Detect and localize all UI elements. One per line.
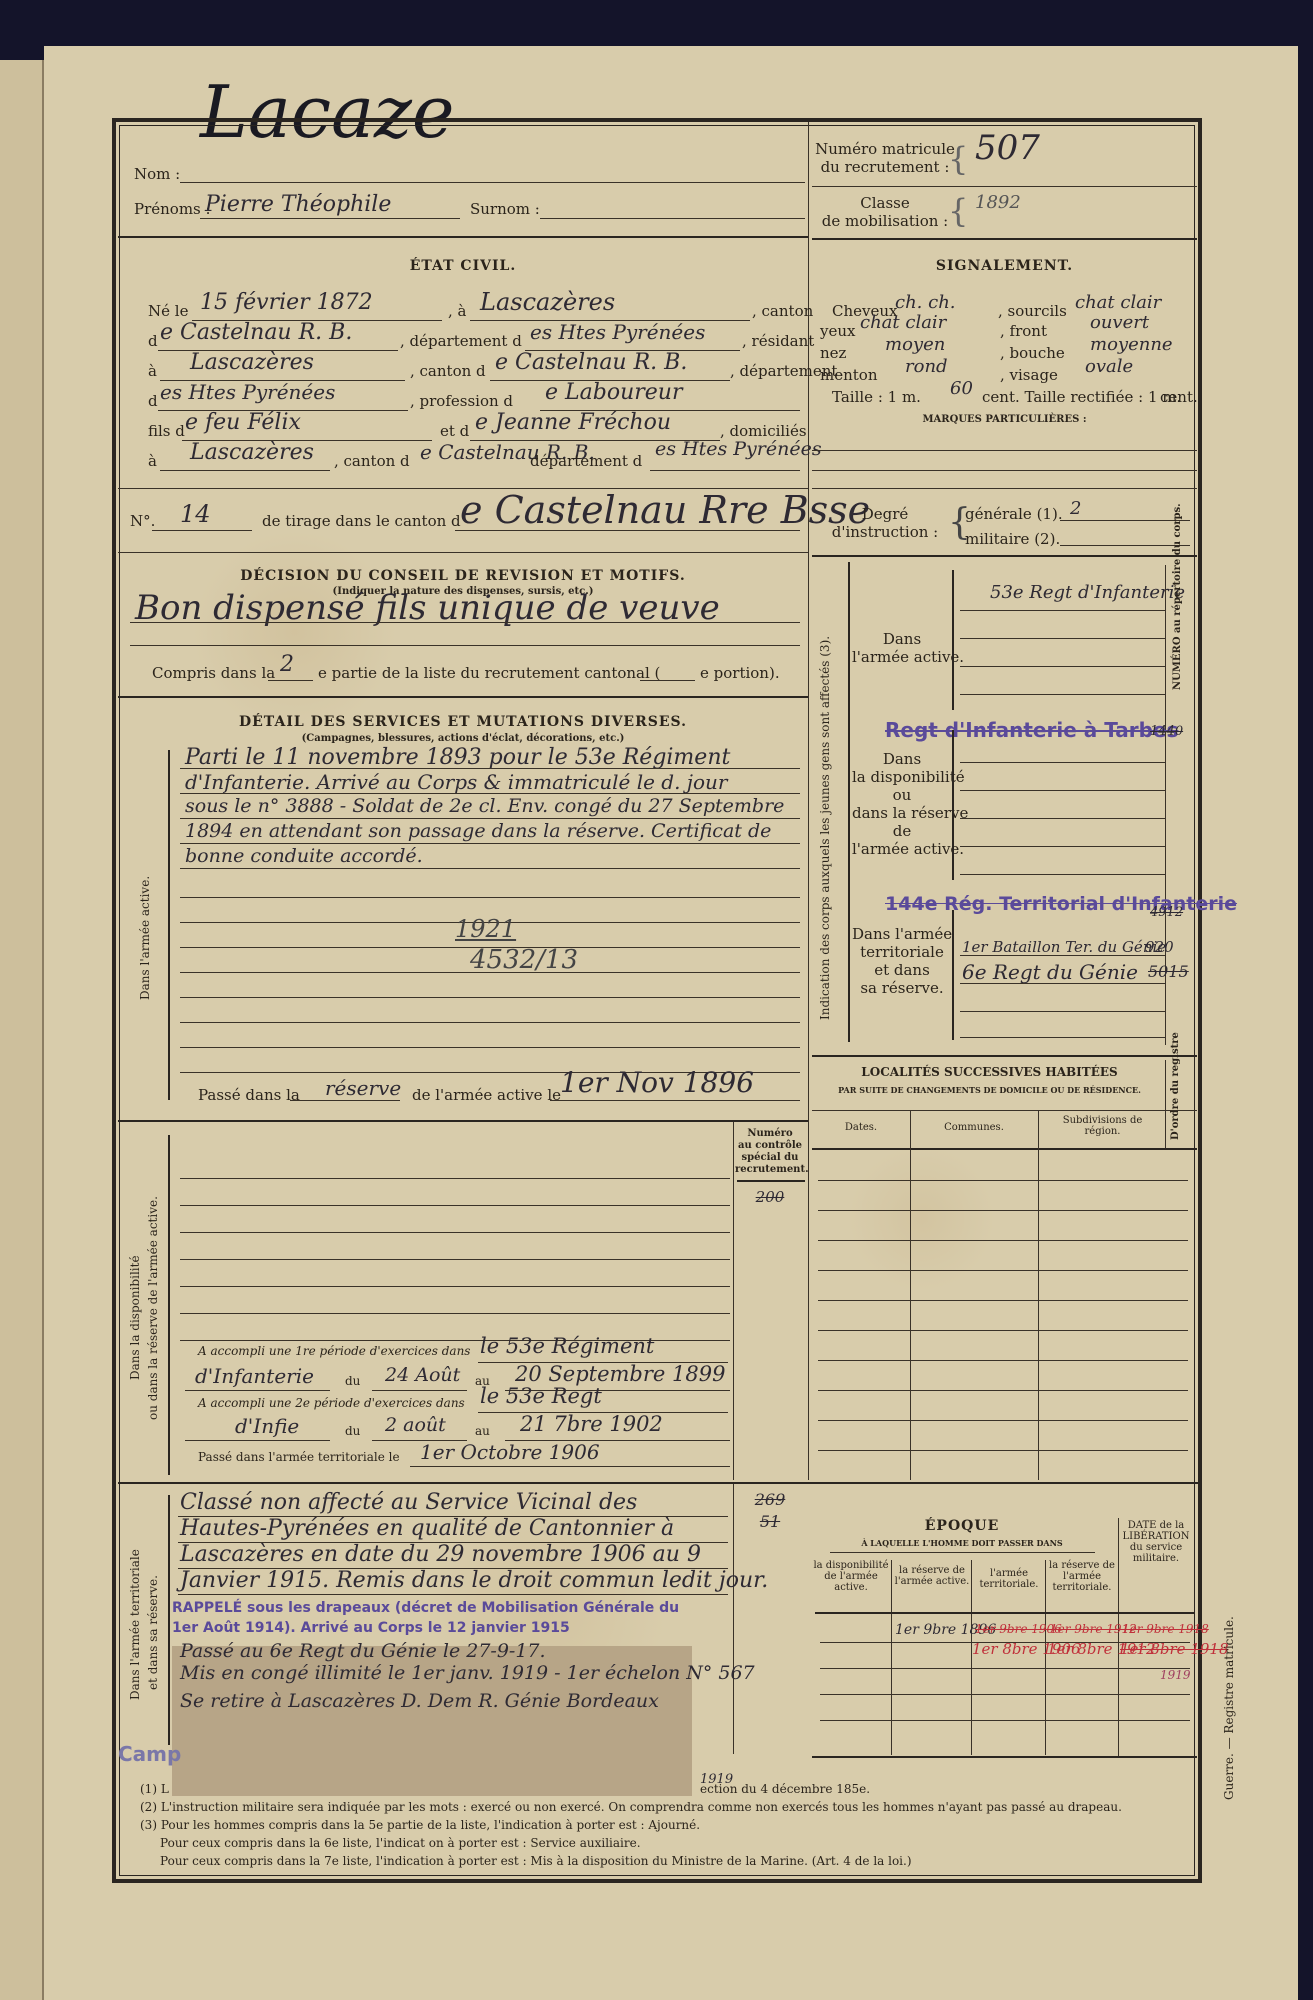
active-label-0: Dans [852,630,952,648]
epoque-col-2: l'armée territoriale. [973,1568,1045,1590]
disp-label-3: dans la réserve [852,804,952,822]
active-label-1: l'armée active. [852,648,952,666]
departement-value: es Htes Pyrénées [530,320,705,344]
mere-value: e Jeanne Fréchou [475,410,671,435]
disp-label-0: Dans [852,750,952,768]
periode2-du: 2 août [385,1414,446,1436]
territoriale-label: Passé dans l'armée territoriale le [198,1450,400,1464]
prenoms-label: Prénoms : [134,200,211,218]
prenoms-value: Pierre Théophile [205,192,391,217]
a-label: , à [448,302,466,320]
canton3-label: , canton d [334,452,410,470]
a-value: Lascazères [480,288,615,316]
classe-label-2: de mobilisation : [815,212,955,230]
periode2-label: A accompli une 2e période d'exercices da… [198,1396,465,1410]
cheveux-value: ch. ch. [895,292,956,313]
right-margin-label: Guerre. — Registre matricule. [1222,1616,1236,1800]
epoque-col-1: la réserve de l'armée active. [893,1565,971,1587]
classe-value: 1892 [975,192,1021,213]
fils-label: fils d [148,422,185,440]
taille-label: Taille : 1 m. [832,388,921,406]
services-line-3: sous le n° 3888 - Soldat de 2e cl. Env. … [185,795,784,817]
epoque-liberation-extra: 1919 [1160,1668,1191,1682]
services-line-4: 1894 en attendant son passage dans la ré… [185,820,771,842]
footnote-2: (2) L'instruction militaire sera indiqué… [140,1800,1122,1814]
generale-label: générale (1). [965,505,1063,523]
disp-label-1: la disponibilité [852,768,952,786]
localites-col-communes: Communes. [910,1122,1038,1133]
affectation-vertical-label: Indication des corps auxquels les jeunes… [818,636,832,1020]
yeux-value: chat clair [860,312,946,333]
canton-value: e Castelnau R. B. [160,320,352,345]
campagnes-stamp: Camp [118,1742,181,1766]
territoriale-value-2: 6e Regt du Génie [962,960,1138,984]
nom-label: Nom : [134,165,180,183]
surnom-label: Surnom : [470,200,540,218]
disp-label-5: l'armée active. [852,840,952,858]
annotation-bottom: 4532/13 [470,945,578,975]
periode2-value2: d'Infie [235,1414,299,1438]
terr-label-2: et dans [852,961,952,979]
tirage-label: de tirage dans le canton d [262,512,461,530]
terr-line-4: Janvier 1915. Remis dans le droit commun… [180,1568,768,1593]
residant-label: , résidant [742,332,814,350]
d-label: d [148,332,158,350]
left-page-edge [0,60,44,2000]
sourcils-label: , sourcils [998,302,1067,320]
ne-le-value: 15 février 1872 [200,290,373,315]
ne-le-label: Né le [148,302,188,320]
terr-label-3: sa réserve. [852,979,952,997]
instruction-label-2: d'instruction : [815,523,955,541]
terr-line-3: Lascazères en date du 29 novembre 1906 a… [180,1542,701,1567]
periode2-du-label: du [345,1424,360,1438]
footnote-3: (3) Pour les hommes compris dans la 5e p… [140,1818,700,1832]
visage-value: ovale [1085,356,1133,377]
canton2-value: e Castelnau R. B. [495,350,687,375]
periode1-du: 24 Août [385,1364,460,1386]
menton-value: rond [905,356,948,377]
periode1-au: 20 Septembre 1899 [515,1362,725,1386]
matricule-label-1: Numéro matricule [815,140,955,158]
passe-date: 1er Nov 1896 [560,1066,754,1099]
services-title: DÉTAIL DES SERVICES ET MUTATIONS DIVERSE… [118,714,808,730]
active-value: 53e Regt d'Infanterie [990,582,1185,603]
visage-label: , visage [1000,366,1058,384]
terr-side-label-1: Dans l'armée territoriale [128,1549,142,1700]
departement3-value: es Htes Pyrénées [655,438,822,460]
a2-label: à [148,362,157,380]
territoriale-value-2-number: 5015 [1148,962,1189,981]
services-line-2: d'Infanterie. Arrivé au Corps & immatric… [185,770,727,794]
disp-label-4: de [852,822,952,840]
reserve-side-label-2: ou dans la réserve de l'armée active. [146,1196,160,1420]
localites-col-dates: Dates. [812,1122,910,1133]
yeux-label: yeux [820,322,855,340]
localites-side-label: D'ordre du registre [1170,1032,1181,1140]
canton2-label: , canton d [410,362,486,380]
matricule-label-2: du recrutement : [815,158,955,176]
periode1-value2: d'Infanterie [195,1364,314,1388]
localites-title: LOCALITÉS SUCCESSIVES HABITÉES [812,1065,1167,1079]
departement2-value: es Htes Pyrénées [160,380,335,404]
reserve-side-label-1: Dans la disponibilité [128,1255,142,1380]
territoriale-number: 4912 [1150,905,1183,920]
localites-col-subdivisions: Subdivisions de région. [1045,1115,1160,1137]
liberation-header: DATE de la LIBÉRATION du service militai… [1120,1520,1192,1564]
generale-value: 2 [1070,498,1081,519]
nez-value: moyen [885,334,945,355]
epoque-title: ÉPOQUE [812,1518,1112,1534]
matricule-value: 507 [975,128,1040,168]
periode1-value: le 53e Régiment [480,1334,654,1358]
bouche-value: moyenne [1090,334,1173,355]
terr-line-1: Classé non affecté au Service Vicinal de… [180,1490,637,1515]
disponibilite-number: 1440 [1150,724,1183,739]
terr-side-label-2: et dans sa réserve. [146,1575,160,1690]
departement-label: , département d [400,332,522,350]
domicile-value: Lascazères [190,440,314,465]
services-side-label: Dans l'armée active. [138,876,152,1000]
numero-header-1: au contrôle [735,1140,805,1151]
stamp-line-1: RAPPELÉ sous les drapeaux (décret de Mob… [172,1600,679,1616]
menton-label: menton [820,366,877,384]
numero-header-2: spécial du [735,1152,805,1163]
periode2-au: 21 7bre 1902 [520,1412,663,1436]
compris-label: Compris dans la [152,664,275,682]
marques-label: MARQUES PARTICULIÈRES : [812,414,1197,425]
services-line-1: Parti le 11 novembre 1893 pour le 53e Ré… [185,745,730,770]
terr-line-2: Hautes-Pyrénées en qualité de Cantonnier… [180,1516,674,1541]
footnote-4: Pour ceux compris dans la 6e liste, l'in… [160,1836,641,1850]
services-subtitle: (Campagnes, blessures, actions d'éclat, … [118,733,808,744]
decision-title: DÉCISION DU CONSEIL DE REVISION ET MOTIF… [118,568,808,584]
a3-label: à [148,452,157,470]
footnote-1-end: ection du 4 décembre 185e. [700,1782,870,1796]
tirage-value: 14 [180,500,211,528]
territoriale-value: 1er Octobre 1906 [420,1440,600,1464]
periode2-value: le 53e Regt [480,1384,602,1408]
tirage-label-no: N°. [130,512,155,530]
militaire-label: militaire (2). [965,530,1060,548]
passe-label: Passé dans la [198,1086,300,1104]
periode1-du-label: du [345,1374,360,1388]
epoque-territoriale-old: 1er 9bre 1906 [975,1622,1062,1636]
terr-label-0: Dans l'armée [852,925,952,943]
numero-value: 200 [735,1188,805,1206]
canton-label: , canton [752,302,813,320]
epoque-liberation-old: 1er 9bre 1918 [1122,1622,1209,1636]
front-label: , front [1000,322,1047,340]
epoque-col-3: la réserve de l'armée territoriale. [1047,1560,1117,1593]
terr-after-1: Passé au 6e Regt du Génie le 27-9-17. [180,1640,546,1662]
disp-label-2: ou [852,786,952,804]
taille-value: 60 [950,378,973,399]
bouche-label: , bouche [1000,344,1065,362]
services-line-5: bonne conduite accordé. [185,845,423,867]
classe-label-1: Classe [815,194,955,212]
terr-label-1: territoriale [852,943,952,961]
terr-numero-0: 269 [735,1490,805,1509]
footnote-5: Pour ceux compris dans la 7e liste, l'in… [160,1854,912,1868]
taille-cent-label: cent. Taille rectifiée : 1 m. [982,388,1181,406]
passe-rest: de l'armée active le [412,1086,561,1104]
profession-label: , profession d [410,392,513,410]
profession-value: e Laboureur [545,380,682,405]
et-label: et d [440,422,469,440]
territoriale-stamp: 144e Rég. Territorial d'Infanterie [885,893,1237,915]
localites-subtitle: PAR SUITE DE CHANGEMENTS DE DOMICILE OU … [812,1085,1167,1095]
compris-rest: e partie de la liste du recrutement cant… [318,664,660,682]
passe-value: réserve [325,1076,401,1100]
compris-value: 2 [280,652,294,677]
periode2-au-label: au [475,1424,490,1438]
territoriale-value-1-number: 920 [1145,938,1174,956]
departement3-label: département d [530,452,642,470]
periode1-label: A accompli une 1re période d'exercices d… [198,1344,470,1358]
numero-label: NUMÉRO au répertoire du corps. [1172,503,1183,690]
residence-value: Lascazères [190,350,314,375]
portion-label: e portion). [700,664,780,682]
epoque-subtitle: À LAQUELLE L'HOMME DOIT PASSER DANS [812,1538,1112,1548]
disponibilite-stamp: Regt d'Infanterie à Tarbes [885,718,1178,742]
territoriale-value-1: 1er Bataillon Ter. du Génie [962,938,1166,956]
cent-label: cent. [1160,388,1198,406]
stamp-line-2: 1er Août 1914). Arrivé au Corps le 12 ja… [172,1620,570,1636]
numero-header-3: recrutement. [735,1164,805,1175]
epoque-col-0: la disponibilité de l'armée active. [812,1560,890,1593]
terr-after-3: Se retire à Lascazères D. Dem R. Génie B… [180,1690,659,1712]
footnote-1-start: (1) L [140,1782,169,1796]
instruction-label-1: Degré [815,505,955,523]
sourcils-value: chat clair [1075,292,1161,313]
annotation-top: 1921 [455,915,516,943]
terr-numero-1: 51 [735,1512,805,1531]
tirage-canton-value: e Castelnau Rre Bsse [460,488,870,532]
etat-civil-title: ÉTAT CIVIL. [118,258,808,274]
signalement-title: SIGNALEMENT. [812,258,1197,274]
front-value: ouvert [1090,312,1149,333]
terr-after-2: Mis en congé illimité le 1er janv. 1919 … [180,1662,755,1684]
numero-header-0: Numéro [735,1128,805,1139]
pere-value: e feu Félix [185,410,301,435]
nez-label: nez [820,344,846,362]
d2-label: d [148,392,158,410]
